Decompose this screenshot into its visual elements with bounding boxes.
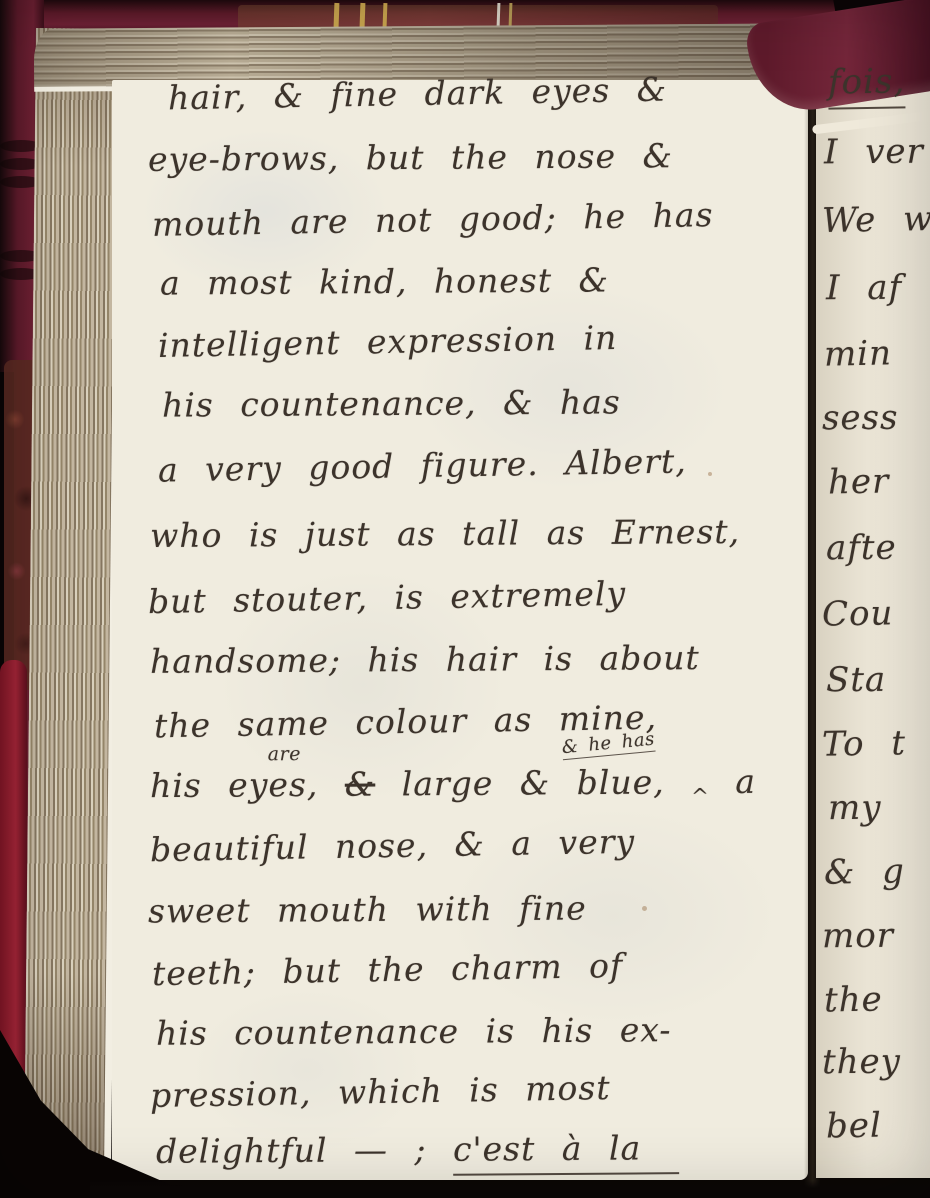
manuscript-line: his countenance is his ex- [156,1010,672,1053]
book-photo: hair, & fine dark eyes & eye-brows, but … [0,0,930,1198]
gilt-mark [360,3,366,27]
manuscript-line-with-insertions: are & he has his eyes, & large & blue, ^… [150,762,756,812]
page-fragment-line: To t [822,723,907,764]
page-fragment-line: We w [822,199,930,241]
page-fragment-line: my [828,788,882,828]
cover-red-edge [0,660,27,1090]
page-fragment-line: fois, [828,61,906,102]
page-fragment-line: & g [824,851,906,892]
page-fragment-line: they [822,1042,901,1083]
struck-word: & [345,765,376,804]
page-fragment-line: her [828,461,890,502]
manuscript-text: delightful — ; [156,1130,453,1171]
manuscript-line: a most kind, honest & [160,260,609,302]
caret-mark: ^ [691,784,709,808]
manuscript-line: teeth; but the charm of [152,946,624,993]
page-fragment-line: the [824,979,883,1020]
page-fragment-line: Cou [822,593,894,634]
page-fragment-line: afte [826,528,897,568]
bottom-shadow [90,1180,930,1198]
page-fragment-line: mor [822,916,894,957]
page-fore-edge-stack [24,28,118,1181]
manuscript-line: intelligent expression in [158,318,618,365]
manuscript-line: sweet mouth with fine [148,888,587,930]
manuscript-text: large & blue, [375,762,691,803]
manuscript-line: his countenance, & has [162,382,621,424]
foxing-spot [708,472,712,476]
manuscript-line: pression, which is most [150,1068,611,1115]
manuscript-line: who is just as tall as Ernest, [150,512,740,555]
manuscript-line: handsome; his hair is about [150,638,700,681]
manuscript-line: but stouter, is extremely [148,574,627,621]
page-fragment-line: sess [822,398,899,439]
underlined-phrase: fois, [828,61,906,109]
interlinear-insertion: are [268,743,301,765]
page-fragment-line: bel [826,1106,882,1147]
page-fragment-line: I af [826,268,902,309]
underlined-phrase: c'est à la [453,1128,679,1176]
gilt-mark [383,3,388,27]
foxing-spot [642,906,647,911]
gilt-mark [334,3,340,27]
page-fragment-line: I ver [824,132,924,173]
page-fragment-line: min [824,333,893,374]
manuscript-text: his eyes, [150,765,345,805]
manuscript-line: eye-brows, but the nose & [148,136,673,179]
manuscript-text: a [709,762,756,801]
manuscript-line: delightful — ; c'est à la [156,1128,679,1171]
page-fragment-line: Sta [826,660,887,700]
